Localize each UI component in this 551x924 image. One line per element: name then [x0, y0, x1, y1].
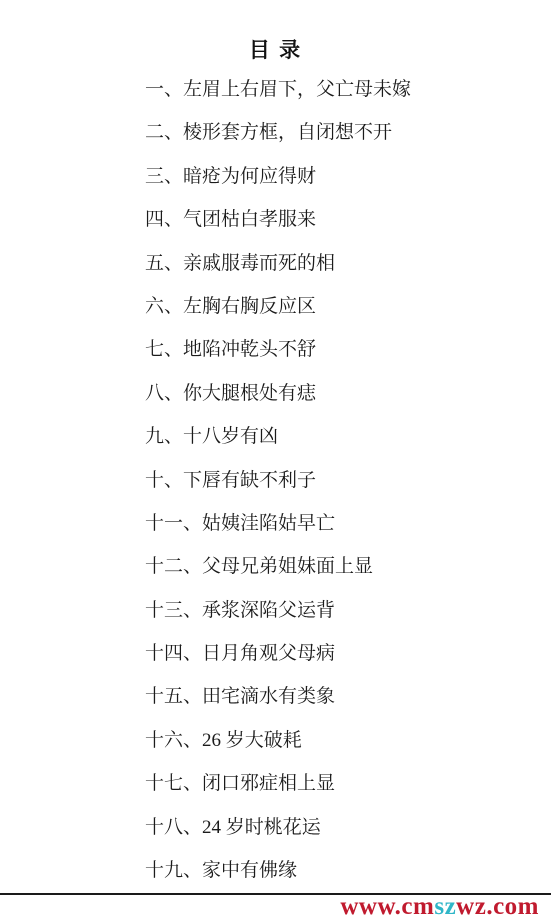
toc-item: 十六、26 岁大破耗: [145, 719, 531, 762]
toc-item: 十四、日月角观父母病: [145, 632, 531, 675]
toc-item: 十、下唇有缺不利子: [145, 459, 531, 502]
toc-item: 十二、父母兄弟姐妹面上显: [145, 545, 531, 588]
toc-item: 十五、田宅滴水有类象: [145, 675, 531, 718]
toc-item: 六、左胸右胸反应区: [145, 285, 531, 328]
toc-item: 十七、闭口邪症相上显: [145, 762, 531, 805]
toc-page: 目 录 一、左眉上右眉下，父亡母未嫁二、棱形套方框，自闭想不开三、暗疮为何应得财…: [0, 0, 551, 924]
watermark-segment-red-left: www.cm: [340, 893, 434, 920]
toc-item: 九、十八岁有凶: [145, 415, 531, 458]
watermark-url: www.cmszwz.com: [340, 894, 539, 920]
toc-item: 四、气团枯白孝服来: [145, 198, 531, 241]
toc-item: 五、亲戚服毒而死的相: [145, 242, 531, 285]
toc-item: 三、暗疮为何应得财: [145, 155, 531, 198]
toc-item: 八、你大腿根处有痣: [145, 372, 531, 415]
toc-item: 十九、家中有佛缘: [145, 849, 531, 892]
toc-item: 十三、承浆深陷父运背: [145, 589, 531, 632]
watermark-segment-cyan: sz: [434, 893, 456, 920]
toc-list: 一、左眉上右眉下，父亡母未嫁二、棱形套方框，自闭想不开三、暗疮为何应得财四、气团…: [145, 68, 531, 892]
watermark-segment-red-right: wz.com: [456, 893, 539, 920]
page-title: 目 录: [0, 34, 551, 64]
toc-item: 七、地陷冲乾头不舒: [145, 328, 531, 371]
toc-item: 十一、姑姨洼陷姑早亡: [145, 502, 531, 545]
toc-item: 一、左眉上右眉下，父亡母未嫁: [145, 68, 531, 111]
toc-item: 十八、24 岁时桃花运: [145, 806, 531, 849]
toc-item: 二、棱形套方框，自闭想不开: [145, 111, 531, 154]
